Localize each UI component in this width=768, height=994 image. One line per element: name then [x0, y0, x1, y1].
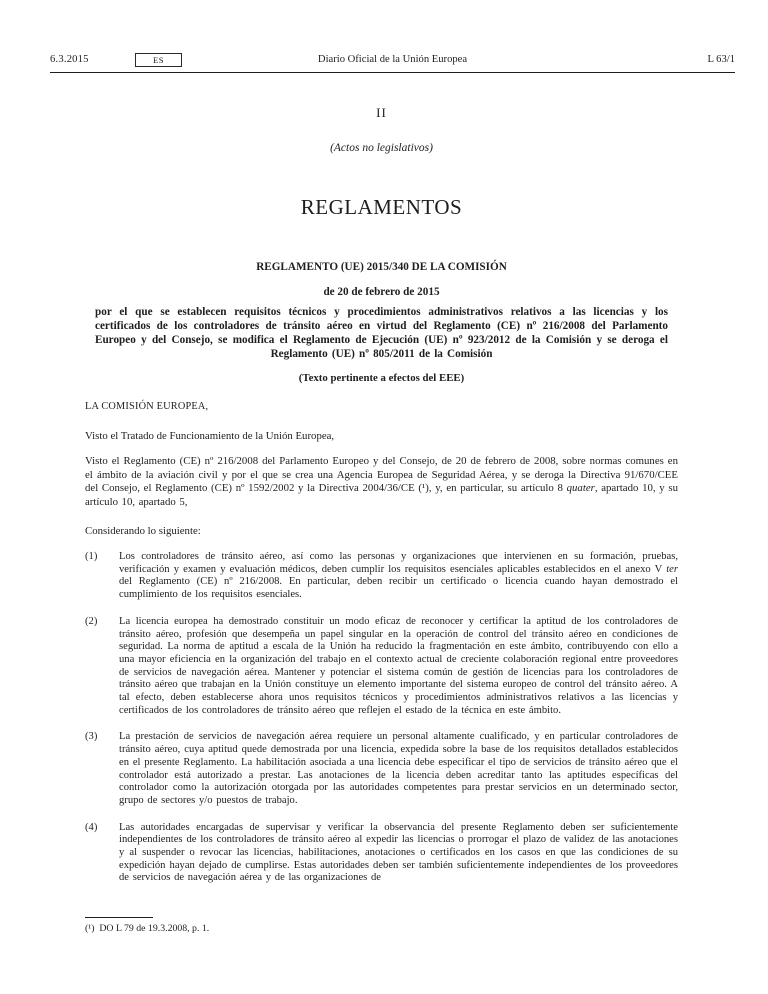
header-date: 6.3.2015 — [50, 54, 89, 65]
recital-text: La licencia europea ha demostrado consti… — [119, 616, 678, 718]
act-title: REGLAMENTO (UE) 2015/340 DE LA COMISIÓN — [85, 261, 678, 273]
citation-regulation: Visto el Reglamento (CE) nº 216/2008 del… — [85, 455, 678, 509]
document-page: Diario Oficial de la Unión Europea 6.3.2… — [0, 0, 768, 994]
section-numeral: II — [85, 105, 678, 121]
section-heading: REGLAMENTOS — [85, 195, 678, 220]
recital-number: (4) — [85, 822, 97, 833]
page-reference: L 63/1 — [707, 54, 735, 65]
act-subject: por el que se establecen requisitos técn… — [85, 306, 678, 362]
citation-treaty: Visto el Tratado de Funcionamiento de la… — [85, 430, 678, 442]
recital-text: La prestación de servicios de navegación… — [119, 731, 678, 807]
preamble-opening: LA COMISIÓN EUROPEA, — [85, 401, 678, 412]
recital-text: Las autoridades encargadas de supervisar… — [119, 822, 678, 886]
recital-item-3: (3) La prestación de servicios de navega… — [85, 731, 678, 807]
recital-item-2: (2) La licencia europea ha demostrado co… — [85, 616, 678, 718]
eea-relevance-note: (Texto pertinente a efectos del EEE) — [85, 372, 678, 384]
recital-number: (3) — [85, 731, 97, 742]
section-subtitle: (Actos no legislativos) — [85, 142, 678, 154]
language-badge: ES — [135, 53, 182, 67]
considering-intro: Considerando lo siguiente: — [85, 525, 678, 537]
footnote: (¹) DO L 79 de 19.3.2008, p. 1. — [85, 923, 678, 934]
act-date-line: de 20 de febrero de 2015 — [85, 286, 678, 298]
footnote-rule — [85, 917, 153, 918]
recital-text: Los controladores de tránsito aéreo, así… — [119, 551, 678, 602]
recital-item-1: (1) Los controladores de tránsito aéreo,… — [85, 551, 678, 602]
recital-number: (1) — [85, 551, 97, 562]
page-header: Diario Oficial de la Unión Europea 6.3.2… — [50, 53, 735, 69]
recital-item-4: (4) Las autoridades encargadas de superv… — [85, 822, 678, 886]
recital-number: (2) — [85, 616, 97, 627]
header-rule — [50, 72, 735, 73]
recitals-list: (1) Los controladores de tránsito aéreo,… — [85, 551, 678, 899]
